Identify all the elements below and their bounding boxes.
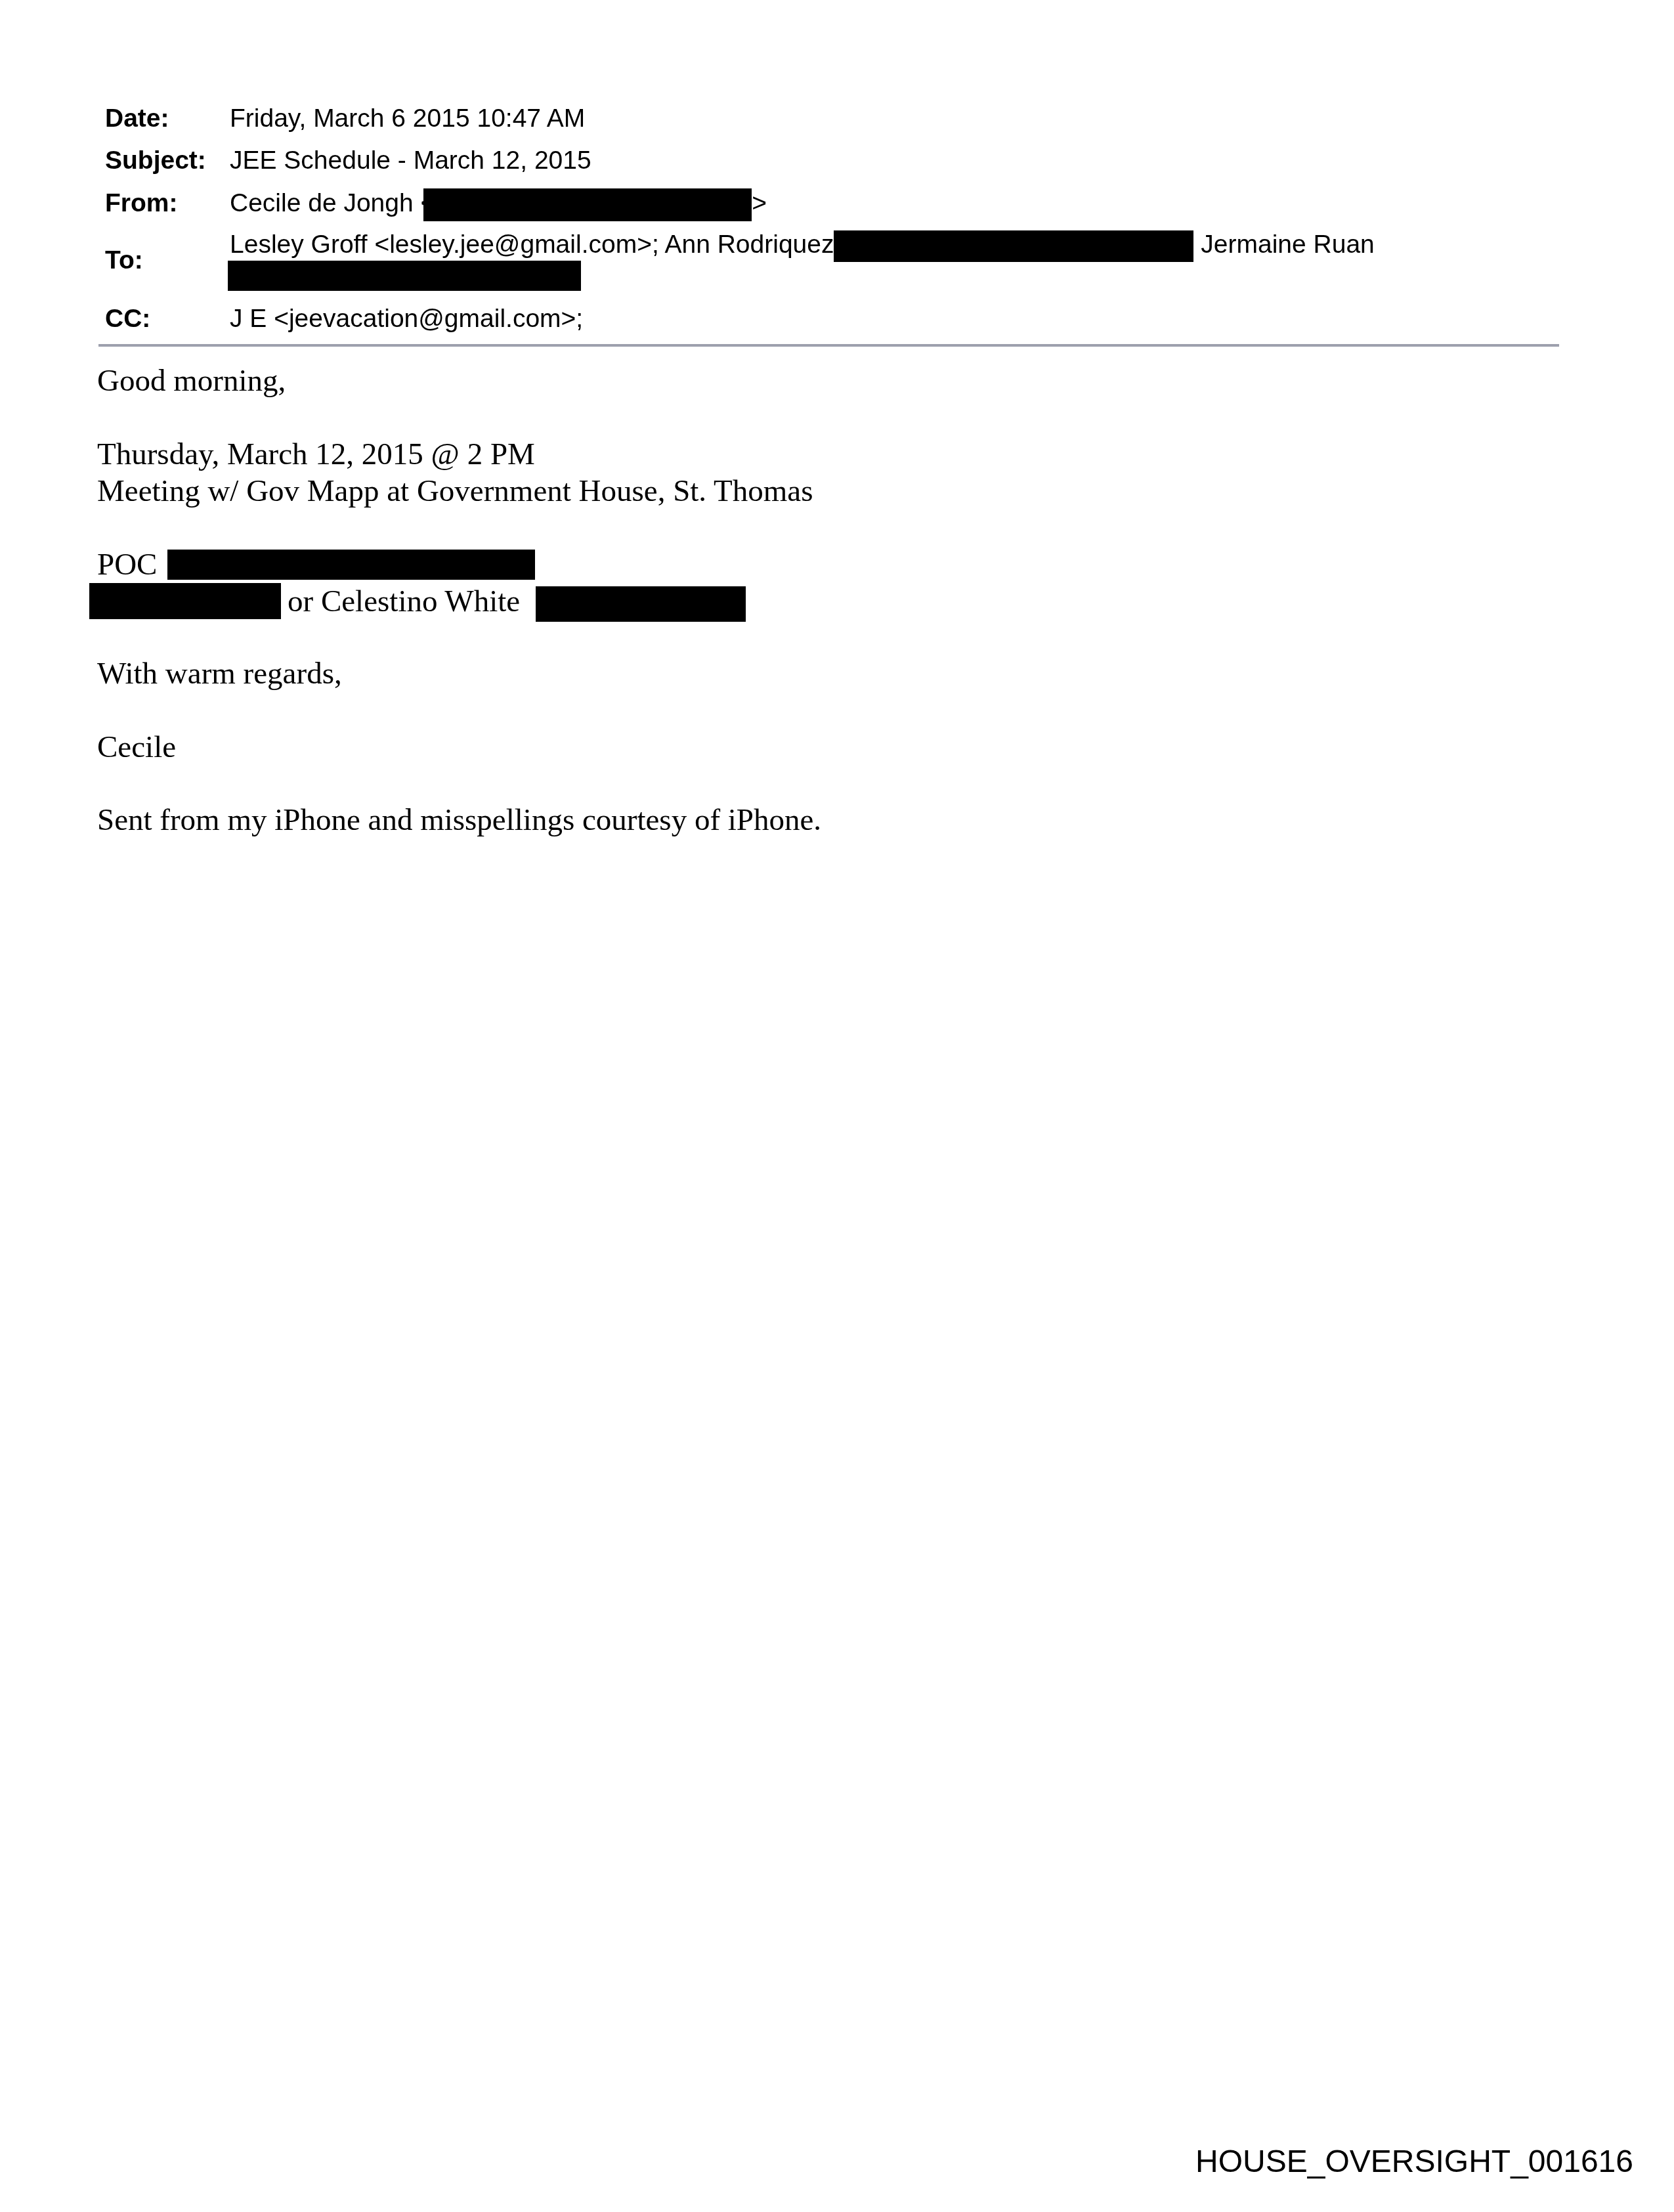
- redaction-box: [89, 583, 281, 619]
- poc-line: POC: [97, 546, 157, 583]
- date-value: Friday, March 6 2015 10:47 AM: [230, 104, 585, 134]
- signature: Cecile: [97, 729, 176, 766]
- redaction-box: [536, 586, 746, 622]
- redaction-box: [228, 261, 581, 291]
- poc-alternate: or Celestino White: [288, 583, 520, 620]
- to-label: To:: [105, 246, 143, 276]
- poc-label: POC: [97, 548, 157, 582]
- event-datetime: Thursday, March 12, 2015 @ 2 PM: [97, 436, 535, 473]
- to-recipient: Jermaine Ruan: [1201, 230, 1374, 259]
- to-value: Lesley Groff <lesley.jee@gmail.com>; Ann…: [230, 230, 1375, 262]
- header-separator: [98, 344, 1559, 347]
- bates-number: HOUSE_OVERSIGHT_001616: [1195, 2144, 1633, 2180]
- event-description: Meeting w/ Gov Mapp at Government House,…: [97, 473, 813, 510]
- from-value: Cecile de Jongh <>: [230, 188, 767, 221]
- to-recipient: Ann Rodriquez: [664, 230, 834, 259]
- subject-label: Subject:: [105, 146, 206, 176]
- redaction-box: [834, 230, 1193, 262]
- from-label: From:: [105, 188, 178, 219]
- closing: With warm regards,: [97, 655, 342, 692]
- mobile-footer: Sent from my iPhone and misspellings cou…: [97, 802, 821, 838]
- from-close-bracket: >: [752, 189, 767, 217]
- date-label: Date:: [105, 104, 169, 134]
- redaction-box: [167, 550, 535, 580]
- to-recipient: Lesley Groff <lesley.jee@gmail.com>;: [230, 230, 659, 259]
- from-name: Cecile de Jongh: [230, 189, 414, 217]
- redaction-box: [423, 188, 752, 221]
- cc-label: CC:: [105, 304, 150, 334]
- greeting: Good morning,: [97, 362, 286, 399]
- cc-value: J E <jeevacation@gmail.com>;: [230, 304, 583, 334]
- subject-value: JEE Schedule - March 12, 2015: [230, 146, 591, 176]
